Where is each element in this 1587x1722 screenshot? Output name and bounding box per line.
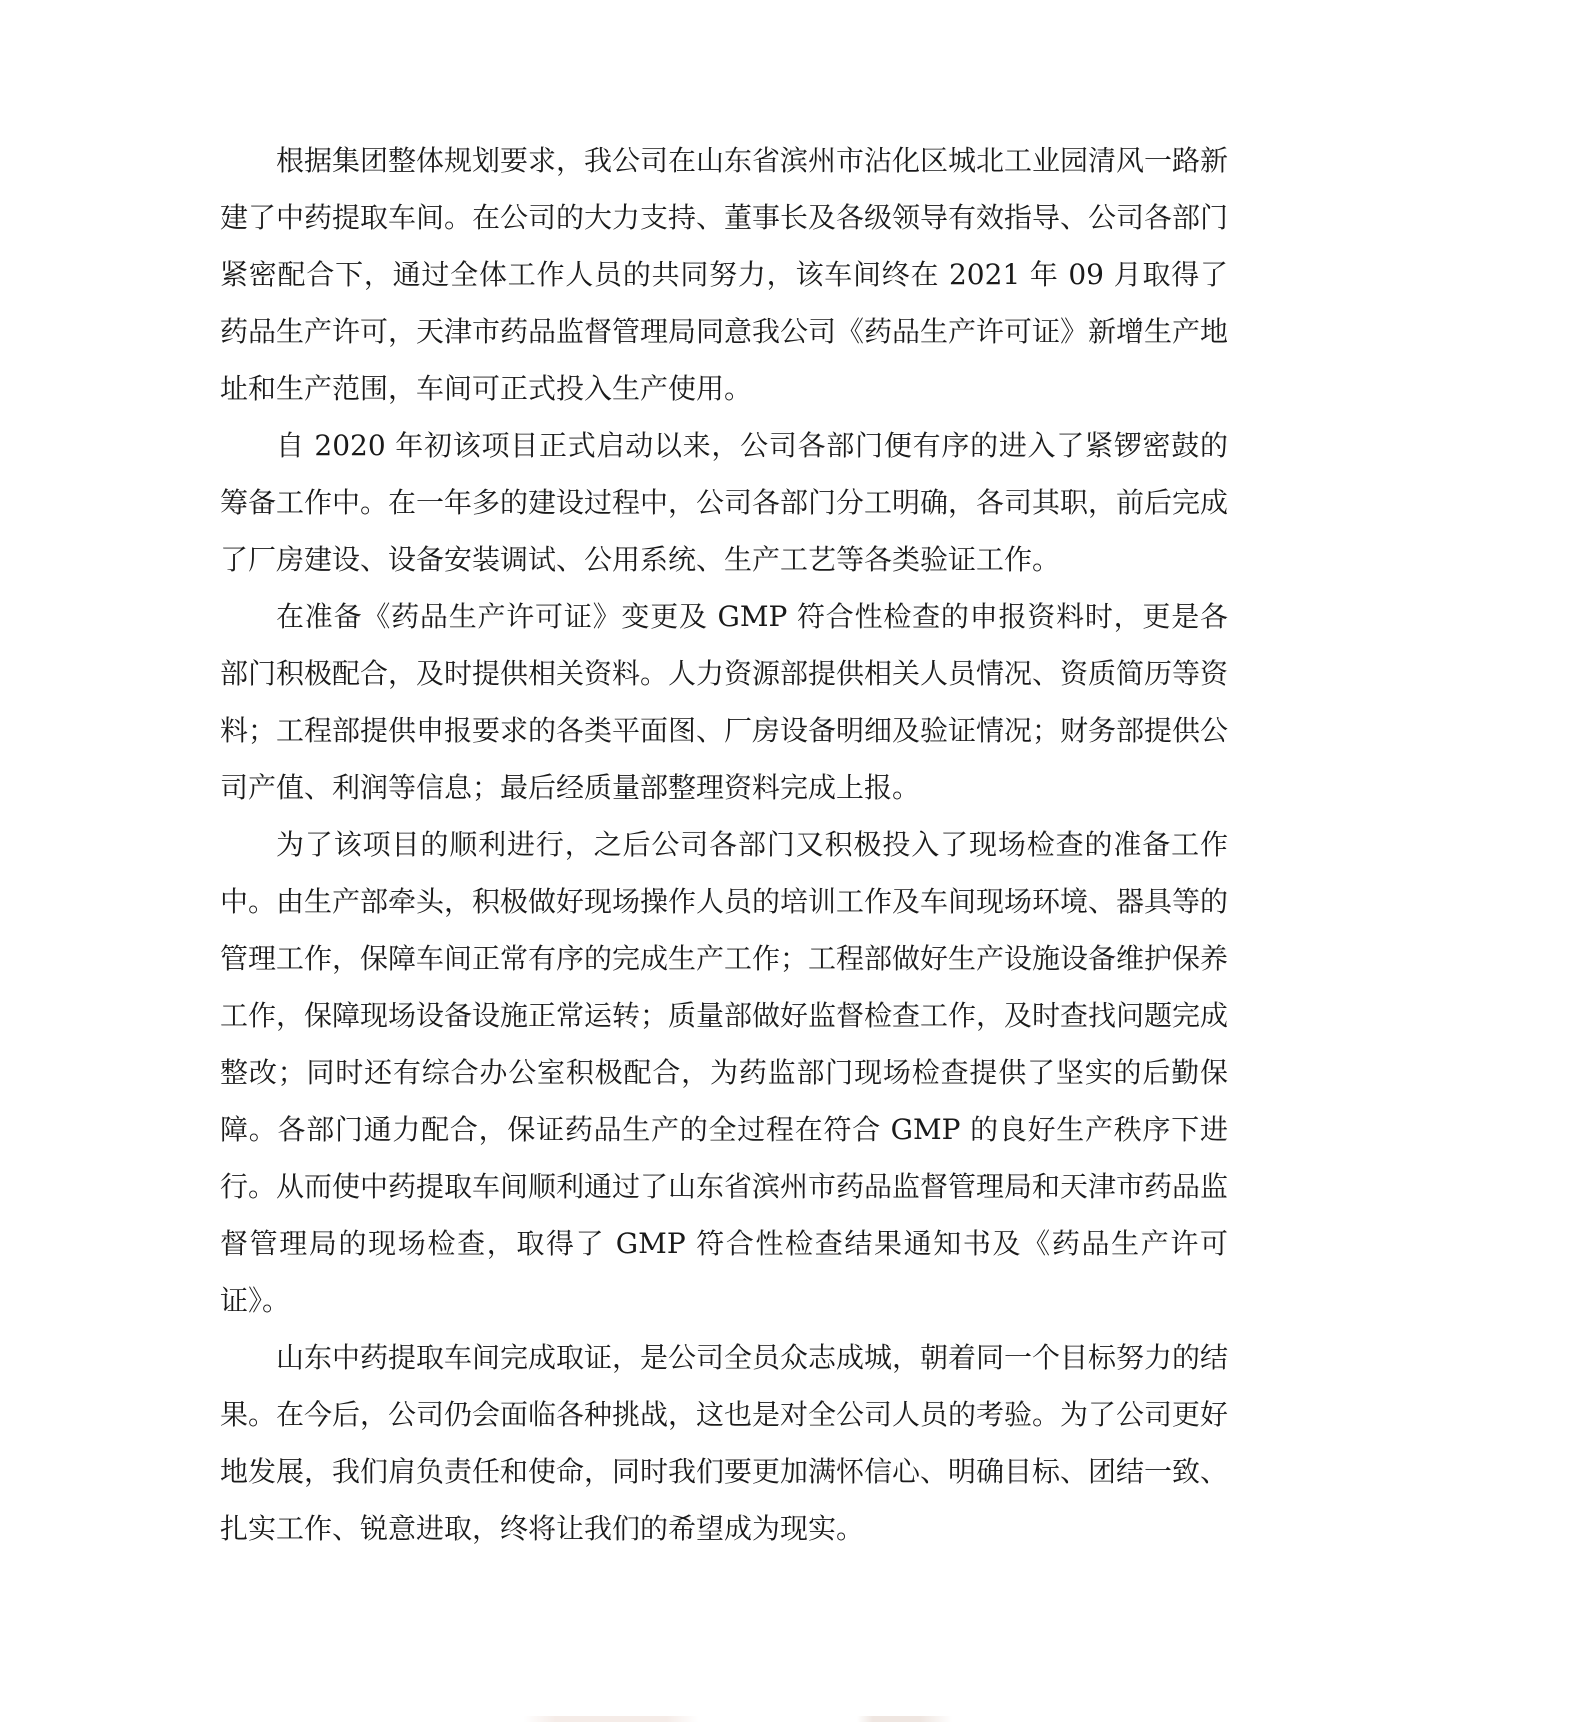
- scan-edge-artifact: [0, 1716, 1587, 1722]
- paragraph-project-preparation: 自 2020 年初该项目正式启动以来，公司各部门便有序的进入了紧锣密鼓的筹备工作…: [220, 417, 1228, 588]
- paragraph-conclusion: 山东中药提取车间完成取证，是公司全员众志成城，朝着同一个目标努力的结果。在今后，…: [220, 1329, 1228, 1557]
- paragraph-onsite-inspection: 为了该项目的顺利进行，之后公司各部门又积极投入了现场检查的准备工作中。由生产部牵…: [220, 816, 1228, 1329]
- paragraph-application-materials: 在准备《药品生产许可证》变更及 GMP 符合性检查的申报资料时，更是各部门积极配…: [220, 588, 1228, 816]
- paragraph-project-overview: 根据集团整体规划要求，我公司在山东省滨州市沾化区城北工业园清风一路新建了中药提取…: [220, 132, 1228, 417]
- document-body: 根据集团整体规划要求，我公司在山东省滨州市沾化区城北工业园清风一路新建了中药提取…: [220, 132, 1228, 1557]
